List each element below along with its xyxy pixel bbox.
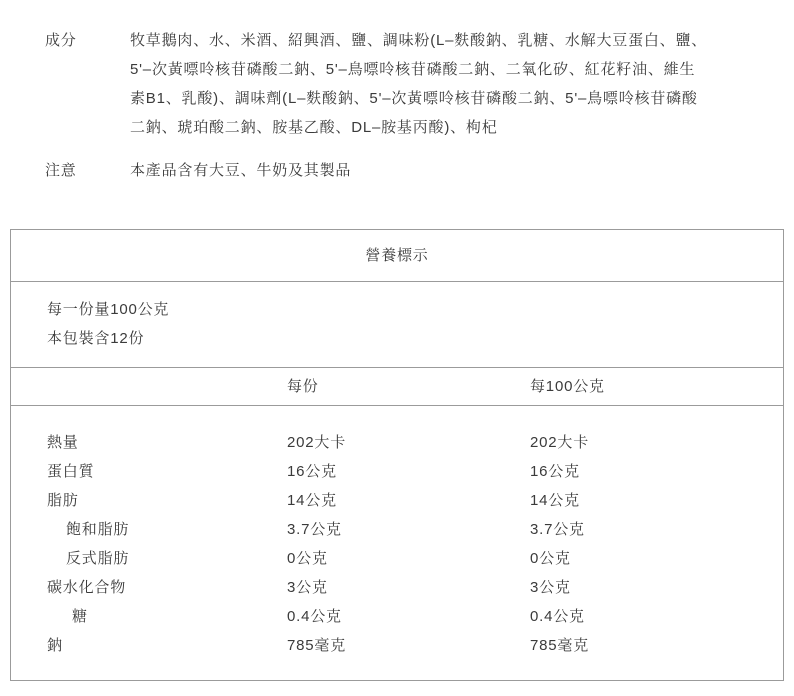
nutrition-table: 營養標示 每一份量100公克 本包裝含12份 每份 每100公克 熱量 202大… xyxy=(10,229,784,681)
ingredients-text-line: 5'–次黃嘌呤核苷磷酸二鈉、5'–鳥嘌呤核苷磷酸二鈉、二氧化矽、紅花籽油、維生 xyxy=(130,55,770,84)
nutrient-value-per-serving: 3公克 xyxy=(287,573,530,602)
nutrient-label: 蛋白質 xyxy=(47,457,287,486)
nutrient-value-per-serving: 14公克 xyxy=(287,486,530,515)
nutrient-row: 脂肪 14公克 14公克 xyxy=(47,486,783,515)
ingredients-text: 牧草鵝肉、水、米酒、紹興酒、鹽、調味粉(L–麩酸鈉、乳糖、水解大豆蛋白、鹽、 5… xyxy=(130,26,770,142)
notice-label: 注意 xyxy=(45,156,130,185)
nutrient-value-per-100g: 202大卡 xyxy=(530,428,783,457)
nutrient-value-per-100g: 0公克 xyxy=(530,544,783,573)
ingredients-text-line: 二鈉、琥珀酸二鈉、胺基乙酸、DL–胺基丙酸)、枸杞 xyxy=(130,113,770,142)
nutrient-label: 飽和脂肪 xyxy=(47,515,287,544)
nutrient-row: 蛋白質 16公克 16公克 xyxy=(47,457,783,486)
nutrient-row: 鈉 785毫克 785毫克 xyxy=(47,631,783,660)
notice-section: 注意 本產品含有大豆、牛奶及其製品 xyxy=(0,156,794,185)
nutrition-rows: 熱量 202大卡 202大卡 蛋白質 16公克 16公克 脂肪 14公克 14公… xyxy=(11,406,783,680)
nutrient-value-per-100g: 0.4公克 xyxy=(530,602,783,631)
nutrient-row: 碳水化合物 3公克 3公克 xyxy=(47,573,783,602)
nutrient-value-per-serving: 0.4公克 xyxy=(287,602,530,631)
nutrient-label: 碳水化合物 xyxy=(47,573,287,602)
column-header-row: 每份 每100公克 xyxy=(11,368,783,406)
nutrient-row: 飽和脂肪 3.7公克 3.7公克 xyxy=(47,515,783,544)
nutrient-value-per-serving: 785毫克 xyxy=(287,631,530,660)
nutrient-value-per-serving: 3.7公克 xyxy=(287,515,530,544)
ingredients-text-line: 素B1、乳酸)、調味劑(L–麩酸鈉、5'–次黃嘌呤核苷磷酸二鈉、5'–鳥嘌呤核苷… xyxy=(130,84,770,113)
nutrient-value-per-100g: 16公克 xyxy=(530,457,783,486)
column-header-nutrient xyxy=(47,368,287,406)
nutrient-value-per-serving: 202大卡 xyxy=(287,428,530,457)
nutrient-row: 熱量 202大卡 202大卡 xyxy=(47,428,783,457)
serving-size: 每一份量100公克 xyxy=(47,295,783,324)
product-info-page: 成分 牧草鵝肉、水、米酒、紹興酒、鹽、調味粉(L–麩酸鈉、乳糖、水解大豆蛋白、鹽… xyxy=(0,0,794,681)
nutrient-label: 熱量 xyxy=(47,428,287,457)
nutrient-row: 反式脂肪 0公克 0公克 xyxy=(47,544,783,573)
servings-per-package: 本包裝含12份 xyxy=(47,324,783,353)
nutrient-value-per-serving: 16公克 xyxy=(287,457,530,486)
ingredients-label: 成分 xyxy=(45,26,130,142)
nutrient-value-per-100g: 785毫克 xyxy=(530,631,783,660)
column-header-per-serving: 每份 xyxy=(287,368,530,406)
nutrient-value-per-100g: 3.7公克 xyxy=(530,515,783,544)
nutrient-label: 脂肪 xyxy=(47,486,287,515)
nutrient-row: 糖 0.4公克 0.4公克 xyxy=(47,602,783,631)
nutrient-label: 反式脂肪 xyxy=(47,544,287,573)
nutrient-label: 鈉 xyxy=(47,631,287,660)
ingredients-section: 成分 牧草鵝肉、水、米酒、紹興酒、鹽、調味粉(L–麩酸鈉、乳糖、水解大豆蛋白、鹽… xyxy=(0,26,794,142)
column-header-per-100g: 每100公克 xyxy=(530,368,783,406)
nutrition-title: 營養標示 xyxy=(11,230,783,282)
nutrient-label: 糖 xyxy=(47,602,287,631)
nutrient-value-per-100g: 14公克 xyxy=(530,486,783,515)
nutrient-value-per-serving: 0公克 xyxy=(287,544,530,573)
ingredients-text-line: 牧草鵝肉、水、米酒、紹興酒、鹽、調味粉(L–麩酸鈉、乳糖、水解大豆蛋白、鹽、 xyxy=(130,26,770,55)
nutrient-value-per-100g: 3公克 xyxy=(530,573,783,602)
serving-info: 每一份量100公克 本包裝含12份 xyxy=(11,282,783,368)
notice-text: 本產品含有大豆、牛奶及其製品 xyxy=(130,156,770,185)
